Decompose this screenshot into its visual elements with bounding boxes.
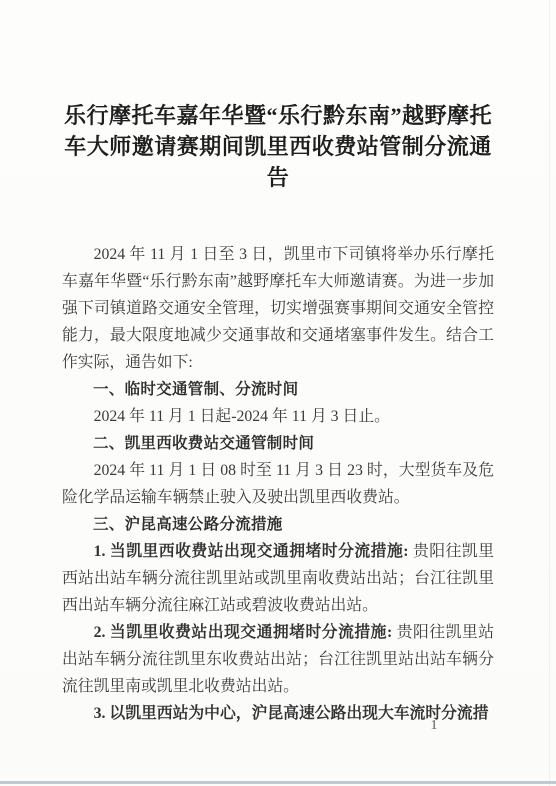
scanned-document-page: 乐行摩托车嘉年华暨“乐行黔东南”越野摩托 车大师邀请赛期间凯里西收费站管制分流通…	[0, 0, 556, 786]
intro-paragraph: 2024 年 11 月 1 日至 3 日，凯里市下司镇将举办乐行摩托车嘉年华暨“…	[62, 241, 494, 376]
page-number: 1	[424, 716, 444, 736]
title-line-2: 车大师邀请赛期间凯里西收费站管制分流通告	[62, 131, 494, 193]
section-1-heading: 一、临时交通管制、分流时间	[62, 376, 494, 403]
section-1-text: 2024 年 11 月 1 日起-2024 年 11 月 3 日止。	[62, 403, 494, 430]
section-3-item-2: 2. 当凯里收费站出现交通拥堵时分流措施: 贵阳往凯里站出站车辆分流往凯里东收费…	[62, 619, 494, 700]
section-3-item-1: 1. 当凯里西收费站出现交通拥堵时分流措施: 贵阳往凯里西站出站车辆分流往凯里站…	[62, 538, 494, 619]
section-3-heading: 三、沪昆高速公路分流措施	[62, 511, 494, 538]
section-2-heading: 二、凯里西收费站交通管制时间	[62, 430, 494, 457]
section-2-text: 2024 年 11 月 1 日 08 时至 11 月 3 日 23 时，大型货车…	[62, 457, 494, 511]
item-2-lead: 2. 当凯里收费站出现交通拥堵时分流措施:	[94, 624, 393, 641]
scan-bottom-edge	[0, 781, 556, 784]
document-content: 乐行摩托车嘉年华暨“乐行黔东南”越野摩托 车大师邀请赛期间凯里西收费站管制分流通…	[62, 100, 494, 727]
scan-streak-artifact	[549, 0, 550, 786]
title-line-1: 乐行摩托车嘉年华暨“乐行黔东南”越野摩托	[62, 100, 494, 131]
document-title: 乐行摩托车嘉年华暨“乐行黔东南”越野摩托 车大师邀请赛期间凯里西收费站管制分流通…	[62, 100, 494, 193]
item-1-lead: 1. 当凯里西收费站出现交通拥堵时分流措施:	[94, 543, 409, 560]
